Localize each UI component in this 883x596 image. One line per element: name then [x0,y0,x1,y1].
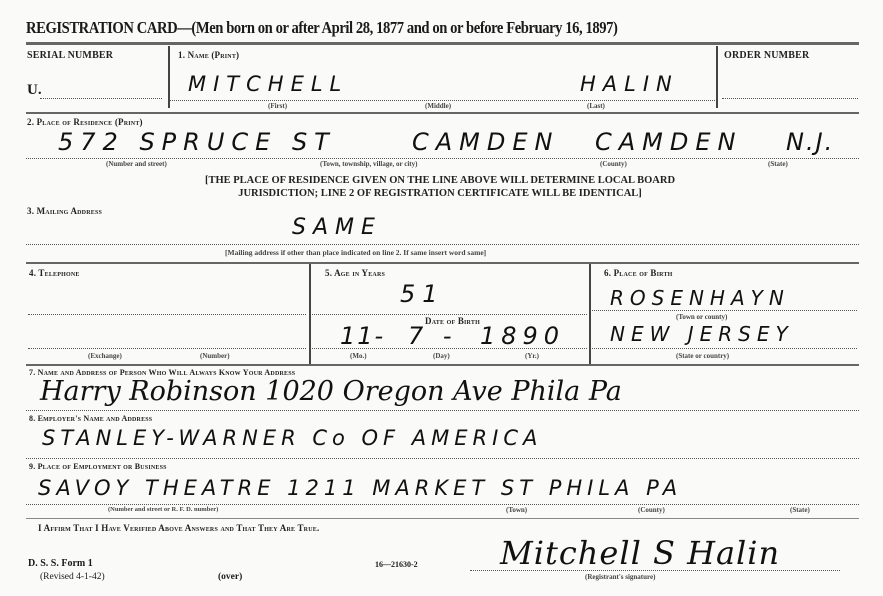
residence-town[interactable]: CAMDEN [412,128,559,156]
name-first[interactable]: MITCHELL [188,72,348,96]
print-code: 16—21630-2 [375,560,418,569]
residence-street[interactable]: 572 SPRUCE ST [58,128,336,156]
mailing-label: 3. Mailing Address [27,206,102,216]
name-last[interactable]: HALIN [580,72,679,96]
age-label: 5. Age in Years [325,268,385,278]
mailing-line [26,244,859,245]
divider [716,46,718,108]
name-label: 1. Name (Print) [178,50,239,60]
order-number-label: ORDER NUMBER [724,50,809,61]
residence-label: 2. Place of Residence (Print) [27,117,143,127]
dob-year[interactable]: 1890 [480,322,565,350]
form-revised: (Revised 4-1-42) [40,572,105,582]
serial-number-label: SERIAL NUMBER [27,50,113,61]
mo-caption: (Mo.) [350,352,367,360]
state-caption: (State) [768,160,788,168]
town-caption: (Town, township, village, or city) [320,160,417,168]
residence-county[interactable]: CAMDEN [595,128,742,156]
divider [168,46,170,108]
emp-county-caption: (County) [638,506,665,514]
telephone-line-1 [28,314,306,315]
contact-line [26,410,859,411]
mailing-value[interactable]: SAME [292,215,382,240]
birthplace-town[interactable]: ROSENHAYN [610,286,790,310]
residence-note-line1: [THE PLACE OF RESIDENCE GIVEN ON THE LIN… [60,174,820,187]
street-caption: (Number and street) [106,160,167,168]
over-label: (over) [218,572,242,582]
affirmation-text: I Affirm That I Have Verified Above Answ… [38,523,319,533]
emp-state-caption: (State) [790,506,810,514]
divider [26,262,859,264]
age-value[interactable]: 51 [400,280,445,308]
form-id: D. S. S. Form 1 [28,558,93,569]
contact-value[interactable]: Harry Robinson 1020 Oregon Ave Phila Pa [40,376,622,407]
town-country-caption: (Town or county) [676,313,727,321]
employer-line [26,458,859,459]
signature-caption: (Registrant's signature) [585,573,655,581]
serial-prefix: U. [27,82,42,99]
yr-caption: (Yr.) [525,352,539,360]
middle-caption: (Middle) [425,102,451,110]
telephone-label: 4. Telephone [29,268,80,278]
residence-state[interactable]: N.J. [786,128,834,156]
residence-line [26,158,859,159]
divider [589,264,591,364]
dob-line [312,348,587,349]
order-line [722,98,858,99]
employment-place-value[interactable]: SAVOY THEATRE 1211 MARKET ST PHILA PA [38,476,682,500]
number-caption: (Number) [200,352,230,360]
first-caption: (First) [268,102,287,110]
employment-place-line [26,504,859,505]
employer-value[interactable]: STANLEY-WARNER Co OF AMERICA [42,426,542,450]
signature-line [470,570,840,571]
name-line [170,100,715,101]
birthplace-state[interactable]: NEW JERSEY [610,322,794,346]
mailing-caption: [Mailing address if other than place ind… [225,248,486,257]
day-caption: (Day) [433,352,450,360]
birthplace-label: 6. Place of Birth [604,268,673,278]
employer-label: 8. Employer's Name and Address [29,414,152,423]
divider [26,518,859,519]
emp-town-caption: (Town) [506,506,527,514]
divider [26,42,859,45]
serial-line [40,98,162,99]
residence-note: [THE PLACE OF RESIDENCE GIVEN ON THE LIN… [60,174,820,200]
county-caption: (County) [600,160,627,168]
state-country-caption: (State or country) [676,352,729,360]
birthplace-town-line [592,310,857,311]
birthplace-state-line [592,348,857,349]
registrant-signature[interactable]: Mitchell S Halin [500,534,780,572]
age-line [312,314,587,315]
telephone-line-2 [28,348,306,349]
last-caption: (Last) [587,102,605,110]
dob-day[interactable]: 7 - [408,322,458,350]
residence-note-line2: JURISDICTION; LINE 2 OF REGISTRATION CER… [60,187,820,200]
divider [26,112,859,114]
dob-month[interactable]: 11- [340,322,385,350]
emp-number-caption: (Number and street or R. F. D. number) [108,506,218,513]
divider [309,264,311,364]
employment-place-label: 9. Place of Employment or Business [29,462,167,471]
divider [26,364,859,366]
card-title: REGISTRATION CARD—(Men born on or after … [26,18,617,38]
exchange-caption: (Exchange) [88,352,122,360]
